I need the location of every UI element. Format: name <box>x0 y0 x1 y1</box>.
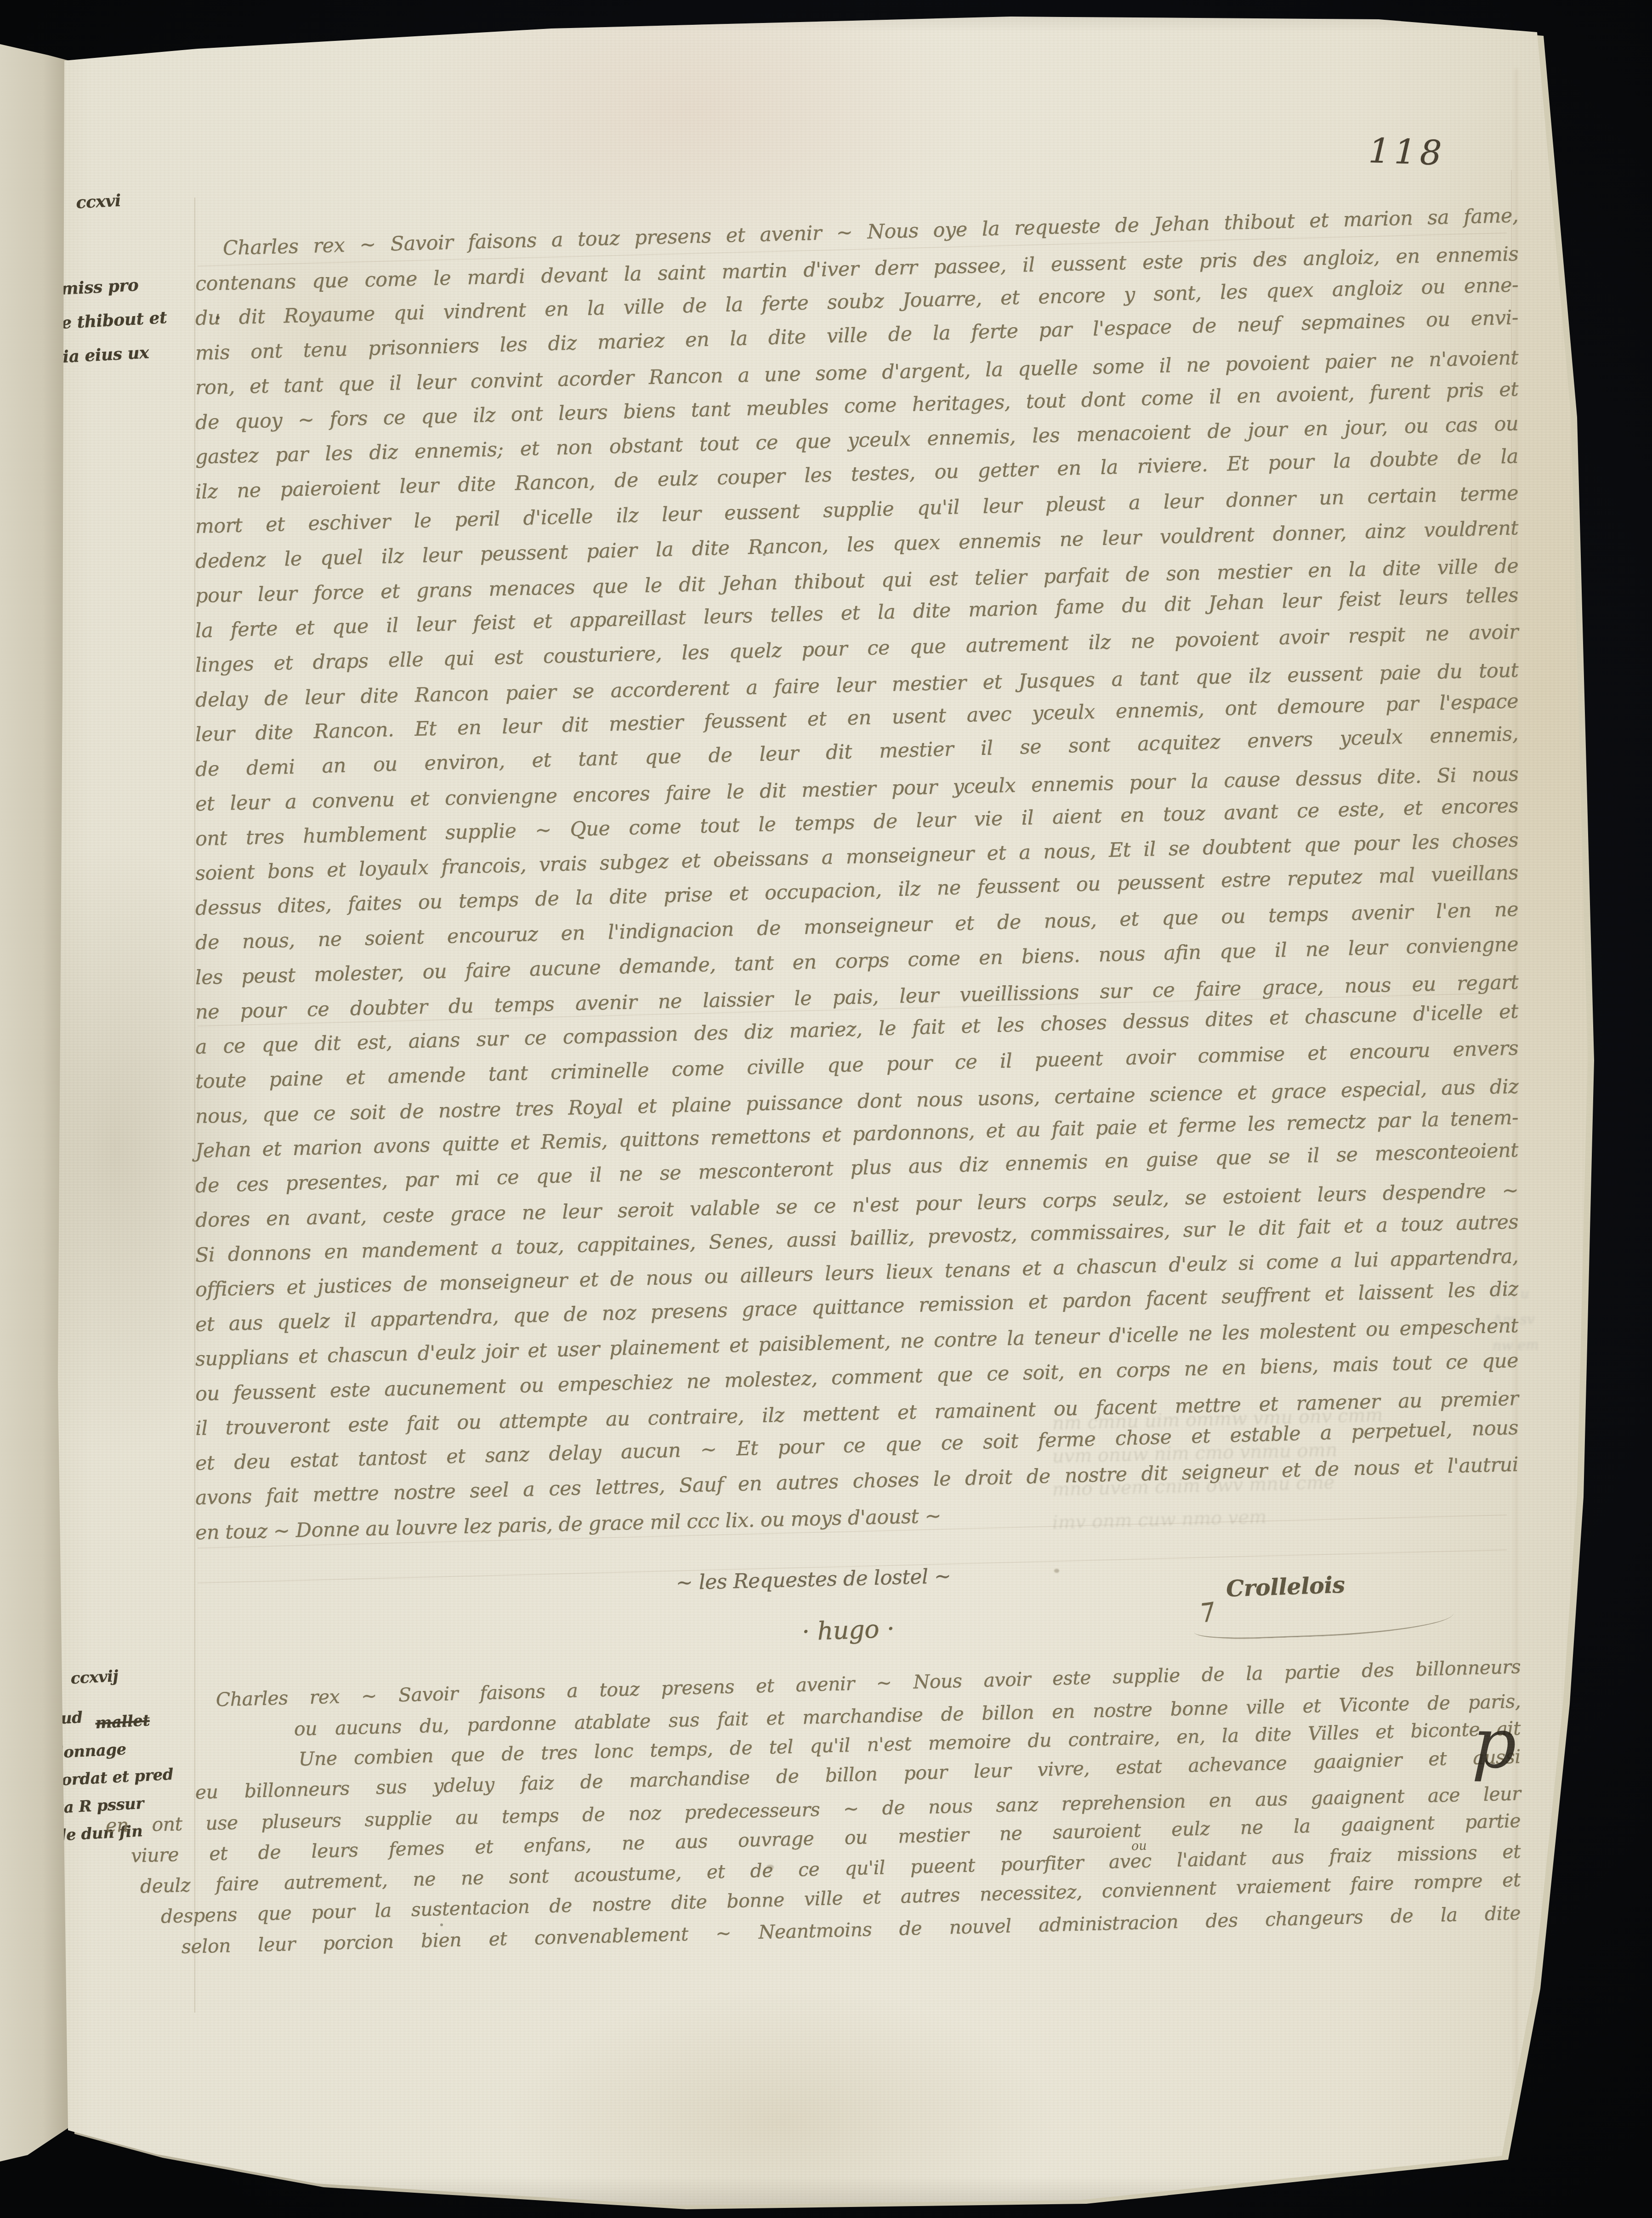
manuscript-photograph: 118 nm cmnu uim ommw vmu onv cmmuvm onuw… <box>0 0 1652 2218</box>
ink-speck <box>440 1923 443 1926</box>
text-line: mis ont tenu prisonniers les diz mariez … <box>195 301 1519 371</box>
ruled-hairline <box>198 233 1507 267</box>
text-line: contenans que come le mardi devant la sa… <box>195 237 1519 301</box>
text-line: supplians et chascun d'eulz joir et user… <box>195 1309 1519 1377</box>
letter-on-billon-text: Charles rex ~ Savoir faisons a touz pres… <box>106 1687 1521 1964</box>
showthrough-line: imv onm cuw nmo vem <box>1052 1495 1480 1539</box>
text-line: ne pour ce doubter du temps avenir ne la… <box>195 965 1519 1030</box>
text-line: dessus dites, faites ou temps de la dite… <box>195 856 1519 926</box>
text-line: soient bons et loyaulx francois, vrais s… <box>195 823 1519 891</box>
text-line: leur dite Rancon. Et en leur dit mestier… <box>195 684 1519 752</box>
text-line: Jehan et marion avons quitte et Remis, q… <box>195 1100 1519 1169</box>
edge-letter-mark: p <box>1471 1703 1517 1784</box>
text-line: ou aucuns du, pardonne atablate sus fait… <box>105 1686 1521 1749</box>
text-line: Une combien que de tres lonc temps, de t… <box>105 1713 1521 1780</box>
showthrough-line: Am sv <box>1492 1305 1594 1333</box>
text-line: linges et draps elle qui est cousturiere… <box>195 615 1519 683</box>
manuscript-page: 118 nm cmnu uim ommw vmu onv cmmuvm onuw… <box>0 0 1652 2218</box>
text-line: dores en avant, ceste grace ne leur sero… <box>195 1174 1519 1238</box>
left-margin-ruling-line <box>194 198 195 2013</box>
text-line: ont tres humblement supplie ~ Que come t… <box>195 788 1519 857</box>
text-line: de nous, ne soient encouruz en l'indigna… <box>195 892 1519 960</box>
text-line: Charles rex ~ Savoir faisons a touz pres… <box>105 1651 1521 1718</box>
showthrough-line: nm cmnu uim ommw vmu onv cmm <box>1052 1396 1480 1440</box>
interlinear-addition: ou <box>1131 1838 1147 1853</box>
text-line: nous, que ce soit de nostre tres Royal e… <box>195 1069 1519 1134</box>
ink-speck <box>216 316 220 319</box>
text-line: gastez par les diz ennemis; et non obsta… <box>195 407 1519 475</box>
showthrough-line: mno uvem cnim owv mnu cme <box>1052 1462 1480 1506</box>
text-line: avons fait mettre nostre seel a ces lett… <box>195 1447 1519 1515</box>
text-line: despens que pour la sustentacion de nost… <box>105 1865 1521 1934</box>
ink-smudge <box>1054 1569 1059 1573</box>
text-line: viure et de leurs femes et enfans, ne au… <box>105 1805 1521 1872</box>
letter-of-remission-text: Charles rex ~ Savoir faisons a touz pres… <box>195 232 1519 1550</box>
text-line: de demi an ou environ, et tant que de le… <box>195 717 1519 787</box>
registrar-paraph: · hugo · <box>801 1614 895 1646</box>
text-line: mort et eschiver le peril d'icelle ilz l… <box>195 476 1519 544</box>
ink-speck <box>1281 257 1283 260</box>
text-line: officiers et justices de monseigneur et … <box>195 1239 1519 1307</box>
right-margin-ruling-line <box>1511 170 1512 561</box>
text-line: les peust molester, ou faire aucune dema… <box>195 927 1519 995</box>
text-line: de quoy ~ fors ce que ilz ont leurs bien… <box>195 372 1519 440</box>
text-line: de ces presentes, par mi ce que il ne se… <box>195 1133 1519 1203</box>
text-line: delay de leur dite Rancon paier se accor… <box>195 653 1519 718</box>
clerk-signature: Crollelois <box>1226 1571 1345 1602</box>
ink-smudge <box>766 1865 774 1870</box>
text-line: selon leur porcion bien et convenablemen… <box>105 1898 1521 1964</box>
text-line: eu billonneurs sus ydeluy faiz de marcha… <box>105 1741 1521 1810</box>
text-line: du dit Royaume qui vindrent en la ville … <box>195 268 1519 336</box>
ruled-hairline <box>198 1515 1507 1549</box>
text-line: pour leur force et grans menaces que le … <box>195 549 1519 614</box>
showthrough-text: nm cmnu uim ommw vmu onv cmmuvm onuw nim… <box>1052 1407 1480 1539</box>
text-line: ou feussent este aucunement ou empeschie… <box>195 1344 1519 1412</box>
signature-flourish <box>1193 1598 1454 1641</box>
showthrough-line: Rm u <box>1492 1279 1594 1308</box>
text-line: ron, et tant que il leur convint acorder… <box>195 341 1519 406</box>
clerk-paraph-mark: ⁊ <box>1195 1591 1214 1626</box>
text-line: en touz ~ Donne au louvre lez paris, de … <box>195 1486 1519 1550</box>
text-line: et deu estat tantost et sanz delay aucun… <box>195 1411 1519 1481</box>
text-line: la ferte et que il leur feist et apparei… <box>195 578 1519 648</box>
text-line: il trouveront este fait ou attempte au c… <box>195 1382 1519 1447</box>
vertical-crease <box>1515 69 1518 2114</box>
folio-number: 118 <box>1368 131 1447 173</box>
showthrough-line: uvm onuw nim cmo vnmu omn <box>1052 1430 1480 1473</box>
text-line: et aus quelz il appartendra, que de noz … <box>195 1272 1519 1342</box>
text-line: deulz faire autrement, ne ne sont acoust… <box>105 1836 1521 1903</box>
ink-speck <box>763 553 766 556</box>
text-line: toute paine et amende tant criminelle co… <box>195 1031 1519 1099</box>
text-line: Si donnons en mandement a touz, cappitai… <box>195 1205 1519 1273</box>
text-line: Charles rex ~ Savoir faisons a touz pres… <box>195 199 1519 267</box>
text-line: et leur a convenu et conviengne encores … <box>195 757 1519 822</box>
text-line: dedenz le quel ilz leur peussent paier l… <box>195 511 1519 579</box>
text-line: ilz ne paieroient leur dite Rancon, de e… <box>195 439 1519 510</box>
showthrough-line: nw em <box>1492 1331 1594 1359</box>
chancery-subscription: ~ les Requestes de lostel ~ <box>597 1563 1030 1597</box>
showthrough-edge-text: Rm uAm svnw em <box>1493 1282 1594 1359</box>
ruled-hairline <box>198 993 1484 1027</box>
text-line: a ce que dit est, aians sur ce compassio… <box>195 994 1519 1065</box>
text-line: en ont use pluseurs supplie au temps de … <box>105 1778 1521 1841</box>
ruled-hairline <box>198 1549 1507 1583</box>
